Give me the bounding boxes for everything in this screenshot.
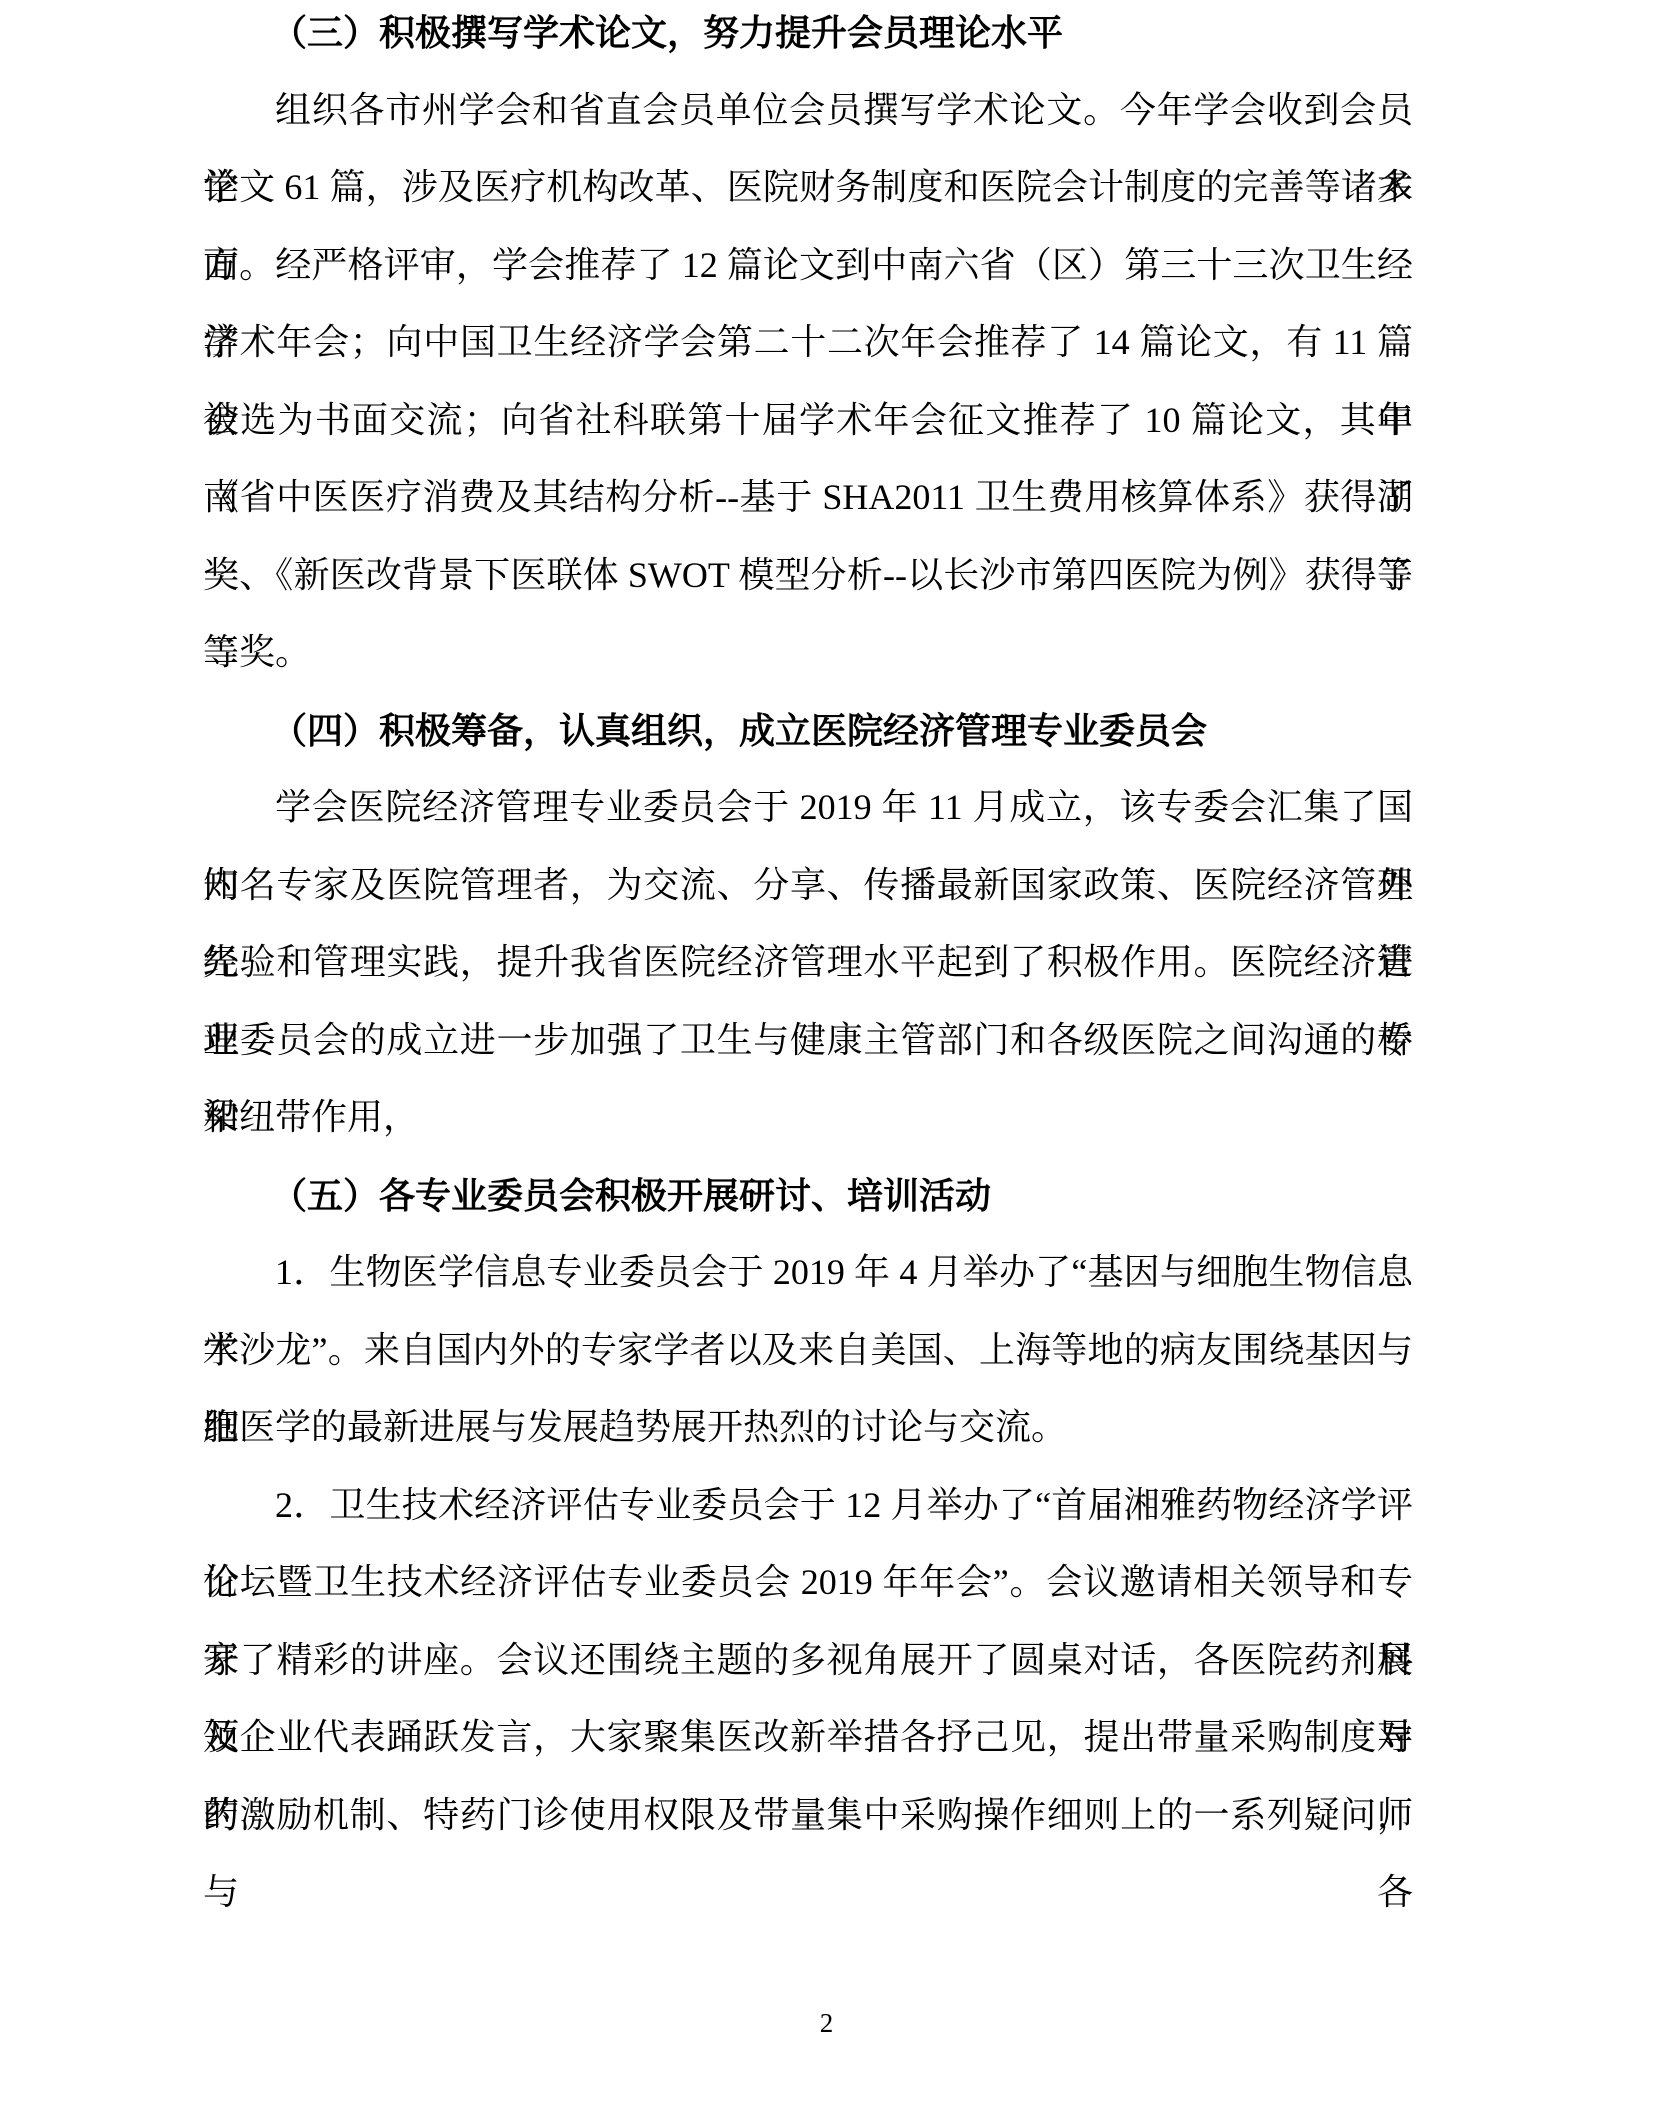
text-line: 的激励机制、特药门诊使用权限及带量集中采购操作细则上的一系列疑问，与各 <box>203 1777 1413 1855</box>
paragraph: 2．卫生技术经济评估专业委员会于 12 月举办了“首届湘雅药物经济学评价论坛暨卫… <box>203 1467 1413 1855</box>
document-content: （三）积极撰写学术论文，努力提升会员理论水平组织各市州学会和省直会员单位会员撰写… <box>203 0 1413 1854</box>
text-line: 知名专家及医院管理者，为交流、分享、传播最新国家政策、医院经济管理先进 <box>203 847 1413 925</box>
paragraph: 学会医院经济管理专业委员会于 2019 年 11 月成立，该专委会汇集了国内外知… <box>203 769 1413 1157</box>
text-line: 及企业代表踊跃发言，大家聚集医改新举措各抒己见，提出带量采购制度对药师 <box>203 1699 1413 1777</box>
text-line: 业委员会的成立进一步加强了卫生与健康主管部门和各级医院之间沟通的桥梁 <box>203 1002 1413 1080</box>
section-heading: （三）积极撰写学术论文，努力提升会员理论水平 <box>203 0 1413 72</box>
text-line: 南省中医医疗消费及其结构分析--基于 SHA2011 卫生费用核算体系》获得了一… <box>203 459 1413 537</box>
text-line: 1．生物医学信息专业委员会于 2019 年 4 月举办了“基因与细胞生物信息学 <box>203 1234 1413 1312</box>
page-number: 2 <box>0 2008 1653 2039</box>
text-line: 论文 61 篇，涉及医疗机构改革、医院财务制度和医院会计制度的完善等诸多方 <box>203 149 1413 227</box>
paragraph: 组织各市州学会和省直会员单位会员撰写学术论文。今年学会收到会员学术论文 61 篇… <box>203 72 1413 692</box>
section-heading: （五）各专业委员会积极开展研讨、培训活动 <box>203 1157 1413 1235</box>
text-line: 学会医院经济管理专业委员会于 2019 年 11 月成立，该专委会汇集了国内外 <box>203 769 1413 847</box>
text-line: 2．卫生技术经济评估专业委员会于 12 月举办了“首届湘雅药物经济学评价 <box>203 1467 1413 1545</box>
text-line: 等奖。 <box>203 614 1413 692</box>
text-line: 论坛暨卫生技术经济评估专业委员会 2019 年年会”。会议邀请相关领导和专家展 <box>203 1544 1413 1622</box>
text-line: 术沙龙”。来自国内外的专家学者以及来自美国、上海等地的病友围绕基因与细 <box>203 1312 1413 1390</box>
text-line: 学术年会；向中国卫生经济学会第二十二次年会推荐了 14 篇论文，有 11 篇被年 <box>203 304 1413 382</box>
text-line: 和纽带作用， <box>203 1079 1413 1157</box>
text-line: 面。经严格评审，学会推荐了 12 篇论文到中南六省（区）第三十三次卫生经济 <box>203 227 1413 305</box>
text-line: 经验和管理实践，提升我省医院经济管理水平起到了积极作用。医院经济管理专 <box>203 924 1413 1002</box>
text-line: 组织各市州学会和省直会员单位会员撰写学术论文。今年学会收到会员学术 <box>203 72 1413 150</box>
text-line: 奖、《新医改背景下医联体 SWOT 模型分析--以长沙市第四医院为例》获得了二 <box>203 537 1413 615</box>
text-line: 会选为书面交流；向省社科联第十届学术年会征文推荐了 10 篇论文，其中《湖 <box>203 382 1413 460</box>
document-page: （三）积极撰写学术论文，努力提升会员理论水平组织各市州学会和省直会员单位会员撰写… <box>0 0 1653 2116</box>
text-line: 胞医学的最新进展与发展趋势展开热烈的讨论与交流。 <box>203 1389 1413 1467</box>
paragraph: 1．生物医学信息专业委员会于 2019 年 4 月举办了“基因与细胞生物信息学术… <box>203 1234 1413 1467</box>
text-line: 开了精彩的讲座。会议还围绕主题的多视角展开了圆桌对话，各医院药剂科领导 <box>203 1622 1413 1700</box>
section-heading: （四）积极筹备，认真组织，成立医院经济管理专业委员会 <box>203 692 1413 770</box>
